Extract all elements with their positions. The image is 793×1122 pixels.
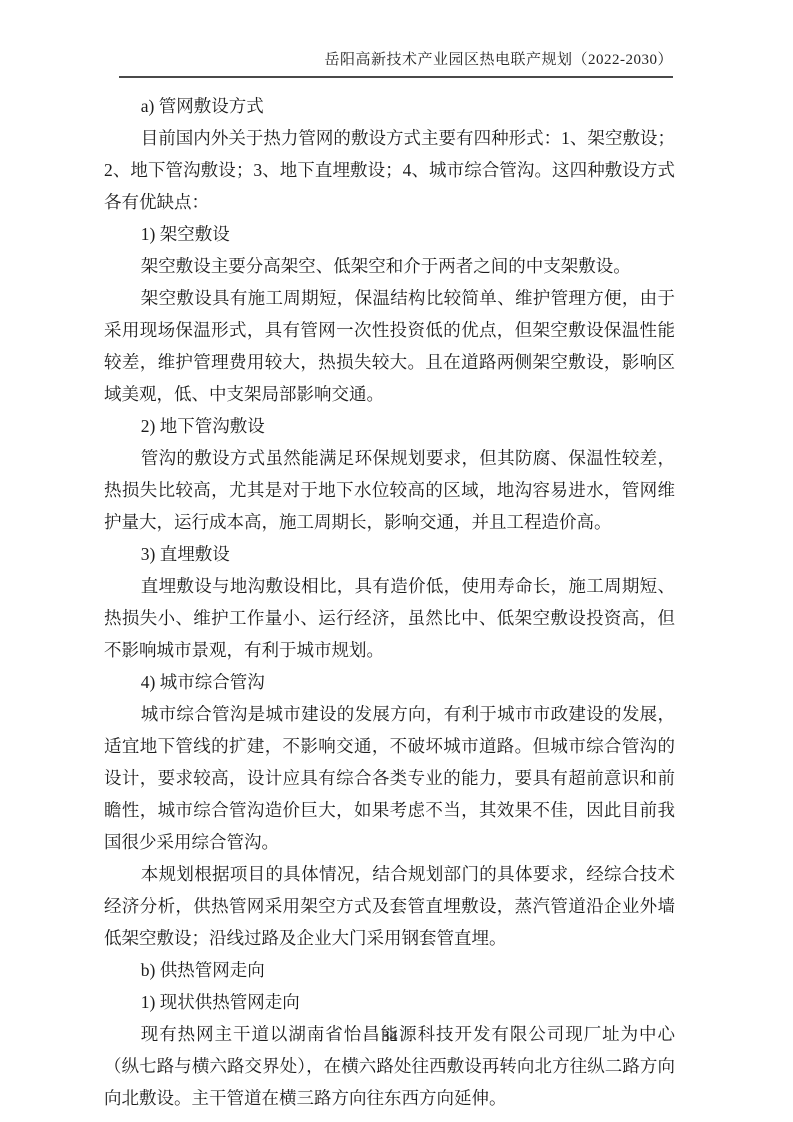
paragraph: 直埋敷设与地沟敷设相比，具有造价低，使用寿命长，施工周期短、热损失小、维护工作量… bbox=[104, 570, 675, 666]
paragraph: 管沟的敷设方式虽然能满足环保规划要求，但其防腐、保温性较差，热损失比较高，尤其是… bbox=[104, 442, 675, 538]
header-title: 岳阳高新技术产业园区热电联产规划（2022-2030） bbox=[325, 52, 674, 68]
section-heading: 2) 地下管沟敷设 bbox=[104, 410, 675, 442]
paragraph: 城市综合管沟是城市建设的发展方向，有利于城市市政建设的发展，适宜地下管线的扩建，… bbox=[104, 698, 675, 858]
document-body: a) 管网敷设方式 目前国内外关于热力管网的敷设方式主要有四种形式：1、架空敷设… bbox=[104, 90, 675, 1114]
document-page: 岳阳高新技术产业园区热电联产规划（2022-2030） a) 管网敷设方式 目前… bbox=[0, 0, 793, 1122]
section-heading: 1) 现状供热管网走向 bbox=[104, 986, 675, 1018]
paragraph: 本规划根据项目的具体情况，结合规划部门的具体要求，经综合技术经济分析，供热管网采… bbox=[104, 858, 675, 954]
paragraph: 架空敷设具有施工周期短，保温结构比较简单、维护管理方便，由于采用现场保温形式，具… bbox=[104, 282, 675, 410]
paragraph: 架空敷设主要分高架空、低架空和介于两者之间的中支架敷设。 bbox=[104, 250, 675, 282]
section-heading: 3) 直埋敷设 bbox=[104, 538, 675, 570]
page-number: 34 bbox=[104, 1028, 675, 1046]
paragraph: 目前国内外关于热力管网的敷设方式主要有四种形式：1、架空敷设；2、地下管沟敷设；… bbox=[104, 122, 675, 218]
section-heading: 4) 城市综合管沟 bbox=[104, 666, 675, 698]
section-heading: a) 管网敷设方式 bbox=[104, 90, 675, 122]
section-heading: b) 供热管网走向 bbox=[104, 954, 675, 986]
page-header: 岳阳高新技术产业园区热电联产规划（2022-2030） bbox=[119, 50, 673, 78]
section-heading: 1) 架空敷设 bbox=[104, 218, 675, 250]
